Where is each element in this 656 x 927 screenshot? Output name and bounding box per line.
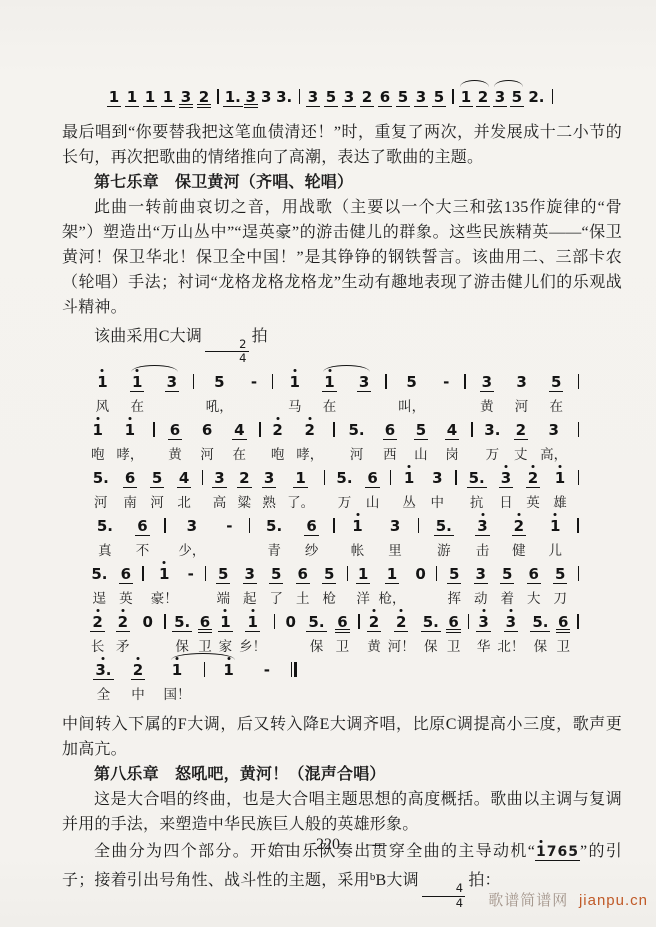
- barline: [272, 374, 274, 389]
- note-cell: 2河！: [388, 613, 415, 654]
- note: 1: [403, 469, 415, 487]
- note-cell: 3少，: [178, 517, 205, 558]
- lyric: 熟: [262, 495, 276, 510]
- note: 1: [96, 373, 108, 391]
- lyric: 家: [219, 639, 233, 654]
- note: 5: [415, 421, 427, 439]
- lyric: 帐: [351, 543, 365, 558]
- note-cell: 6黄: [168, 421, 182, 462]
- lyric: 了。: [287, 495, 314, 510]
- measure: 1豪！-: [145, 565, 204, 606]
- measure: 5.河6西5山4岗: [336, 421, 471, 462]
- note-cell: 3动: [474, 565, 488, 606]
- lyric: 在: [233, 447, 247, 462]
- note-cell: -: [247, 373, 260, 414]
- lyric: 少，: [178, 543, 205, 558]
- note: 1: [323, 373, 335, 391]
- note: 6: [384, 421, 396, 439]
- note-cell: 3熟: [262, 469, 276, 510]
- note: 2: [91, 613, 103, 631]
- lyric: 黄: [168, 447, 182, 462]
- note-cell: 2健: [512, 517, 526, 558]
- note-cell: 5: [433, 88, 446, 106]
- measure: 3.万2丈3高，: [474, 421, 577, 462]
- note: 5.: [348, 421, 366, 439]
- measure: 1风1在3: [82, 373, 192, 414]
- note-cell: 2粱: [238, 469, 252, 510]
- measure: 5叫，-: [388, 373, 463, 414]
- lyric: 哮，: [296, 447, 323, 462]
- note: 1: [222, 661, 234, 679]
- note: 3: [415, 88, 427, 106]
- slur-arc: [460, 80, 489, 87]
- note: 6: [528, 565, 540, 583]
- note: 3: [358, 373, 370, 391]
- note-cell: 1: [459, 88, 472, 106]
- measure: 05.保6卫: [276, 613, 357, 654]
- note-cell: 1: [162, 88, 175, 106]
- note: 1: [124, 421, 136, 439]
- note: 3: [166, 373, 178, 391]
- note: 3: [500, 469, 512, 487]
- note: 2: [238, 469, 250, 487]
- note-cell: 6山: [366, 469, 380, 510]
- lyric: 卫: [198, 639, 212, 654]
- lyric: 河: [200, 447, 214, 462]
- barline: [471, 422, 473, 437]
- note: 2: [368, 613, 380, 631]
- note: 0: [414, 565, 426, 583]
- note-cell: 5叫，: [398, 373, 425, 414]
- note: 2: [271, 421, 283, 439]
- paragraph-modulation: 中间转入下属的F大调，后又转入降E大调齐唱，比原C调提高小三度，歌声更加高亢。: [62, 712, 622, 762]
- note: 3: [260, 88, 272, 106]
- note: 1: [171, 661, 183, 679]
- note: 5: [405, 373, 417, 391]
- note: 3: [515, 373, 527, 391]
- note: 2: [117, 613, 129, 631]
- note: 1: [288, 373, 300, 391]
- music-intro-line: 1111321.333.3532653512352.: [102, 88, 554, 106]
- note: 3: [343, 88, 355, 106]
- lyric: 黄: [367, 639, 381, 654]
- barline: [552, 89, 554, 104]
- note: 0: [142, 613, 154, 631]
- note: 1: [246, 613, 258, 631]
- note: 5: [433, 88, 445, 106]
- lyric: 长: [91, 639, 105, 654]
- note: 6: [366, 469, 378, 487]
- note-cell: 5枪: [323, 565, 337, 606]
- lyric: 里: [388, 543, 402, 558]
- note: 5: [151, 469, 163, 487]
- note: 3: [389, 517, 401, 535]
- page-content: 1111321.333.3532653512352. 最后唱到“你要替我把这笔血…: [62, 88, 622, 910]
- measure: 3.全2中1国！: [82, 661, 203, 702]
- measure: 3华3北！5.保6卫: [470, 613, 576, 654]
- note-cell: 1儿: [549, 517, 563, 558]
- note: 3: [547, 421, 559, 439]
- measure: 35326535: [301, 88, 451, 106]
- measure: 1.333.: [220, 88, 298, 106]
- lyric: 健: [512, 543, 526, 558]
- measure: 5.保6卫1家1乡！: [167, 613, 273, 654]
- lyric: 河: [350, 447, 364, 462]
- note: -: [225, 517, 233, 535]
- note: 3: [476, 517, 488, 535]
- note: 2: [395, 613, 407, 631]
- note-cell: -: [223, 517, 236, 558]
- lyric: 卫: [447, 639, 461, 654]
- note-cell: 6卫: [336, 613, 350, 654]
- note: 1: [549, 517, 561, 535]
- note: 6: [124, 469, 136, 487]
- barline: [578, 422, 580, 437]
- note-cell: 1丛: [402, 469, 416, 510]
- lyric: 纱: [305, 543, 319, 558]
- lyric: 万: [338, 495, 352, 510]
- note-cell: 5.游: [435, 517, 453, 558]
- note-cell: 2中: [131, 661, 145, 702]
- lyric: 英: [119, 591, 133, 606]
- lyric: 中: [431, 495, 445, 510]
- note-cell: 5着: [501, 565, 515, 606]
- lyric: 保: [424, 639, 438, 654]
- paragraph-movement7-description: 此曲一转前曲哀切之音，用战歌（主要以一个大三和弦135作旋律的“骨架”）塑造出“…: [62, 195, 622, 320]
- slur-arc: [323, 365, 370, 372]
- measure: 1咆1哮，: [82, 421, 152, 462]
- note-cell: 2: [361, 88, 374, 106]
- barline-thin: [291, 662, 292, 677]
- note-cell: 6英: [119, 565, 133, 606]
- lyric: 大: [527, 591, 541, 606]
- note-cell: 2长: [91, 613, 105, 654]
- lyric: 击: [476, 543, 490, 558]
- lyric: 北！: [497, 639, 524, 654]
- lyric: 儿: [549, 543, 563, 558]
- note: 5.: [468, 469, 486, 487]
- lyric: 国！: [164, 687, 191, 702]
- note-cell: 6南: [123, 469, 137, 510]
- heading-movement-7: 第七乐章 保卫黄河（齐唱、轮唱）: [62, 170, 622, 195]
- music-score: 1风1在35吼，-1马1在35叫，-3黄3河5在1咆1哮，6黄6河4在2咆2哮，…: [82, 373, 580, 702]
- note: 5: [448, 565, 460, 583]
- note-cell: 6: [379, 88, 392, 106]
- lyric: 哮，: [116, 447, 143, 462]
- barline: [418, 518, 420, 533]
- note-cell: 4岗: [445, 421, 459, 462]
- note-cell: 1: [222, 661, 235, 702]
- note-cell: 0: [284, 613, 297, 654]
- note: 3.: [483, 421, 501, 439]
- note-cell: 3: [493, 88, 506, 106]
- lyric: 日: [499, 495, 513, 510]
- note: 1: [357, 565, 369, 583]
- lyric: 挥: [448, 591, 462, 606]
- barline: [193, 374, 195, 389]
- note: 3: [307, 88, 319, 106]
- barline: [468, 614, 470, 629]
- measure: 5.真6不: [82, 517, 163, 558]
- note-cell: 1雄: [553, 469, 567, 510]
- note-cell: 5.保: [422, 613, 440, 654]
- note: 6: [336, 613, 348, 631]
- note: 5: [554, 565, 566, 583]
- note-cell: 5.逞: [90, 565, 108, 606]
- note-cell: 6卫: [556, 613, 570, 654]
- note-cell: 1在: [323, 373, 337, 414]
- barline: [390, 470, 392, 485]
- note-cell: 3起: [243, 565, 257, 606]
- music-line: 5.真6不3少，-5.青6纱1帐3里5.游3击2健1儿: [82, 517, 580, 558]
- note-cell: -: [184, 565, 197, 606]
- note: 2: [477, 88, 489, 106]
- page-number: 220: [316, 836, 340, 854]
- note-cell: 5端: [217, 565, 231, 606]
- music-line: 1风1在35吼，-1马1在35叫，-3黄3河5在: [82, 373, 580, 414]
- barline: [205, 566, 207, 581]
- note-cell: 3北！: [497, 613, 524, 654]
- note: 5: [323, 565, 335, 583]
- heading-movement-8: 第八乐章 怒吼吧，黄河！（混声合唱）: [62, 762, 622, 787]
- note: 5: [213, 373, 225, 391]
- watermark-site-url: jianpu.cn: [579, 892, 648, 909]
- note: 2: [515, 421, 527, 439]
- note-cell: 5河: [150, 469, 164, 510]
- note: 5.: [265, 517, 283, 535]
- barline: [202, 470, 204, 485]
- measure: 5.抗3日2英1雄: [458, 469, 577, 510]
- note: 4: [178, 469, 190, 487]
- note: 1.: [224, 88, 242, 106]
- note-cell: 3: [358, 373, 371, 414]
- note: 2: [527, 469, 539, 487]
- note-cell: 5了: [270, 565, 284, 606]
- note-cell: 1帐: [351, 517, 365, 558]
- note: 0: [285, 613, 297, 631]
- note-cell: 3华: [477, 613, 491, 654]
- measure: 2长2矛0: [82, 613, 163, 654]
- lyric: 黄: [480, 399, 494, 414]
- note: 6: [120, 565, 132, 583]
- note-cell: 6大: [527, 565, 541, 606]
- note-cell: 3: [244, 88, 257, 106]
- barline: [333, 518, 335, 533]
- note: 3: [263, 469, 275, 487]
- note-cell: 1风: [96, 373, 110, 414]
- note-cell: 2: [476, 88, 489, 106]
- note-cell: 3: [307, 88, 320, 106]
- note-cell: 1枪，: [378, 565, 405, 606]
- note-cell: 2黄: [367, 613, 381, 654]
- note: 5.: [435, 517, 453, 535]
- measure: 3高2粱3熟1了。: [204, 469, 323, 510]
- lyric: 全: [97, 687, 111, 702]
- measure: 1马1在3: [274, 373, 384, 414]
- lyric: 卫: [336, 639, 350, 654]
- lyric: 粱: [238, 495, 252, 510]
- note-cell: 3里: [388, 517, 402, 558]
- lyric: 北: [177, 495, 191, 510]
- barline: [578, 374, 580, 389]
- measure: 5.青6纱: [251, 517, 332, 558]
- note-cell: 3.全: [94, 661, 112, 702]
- note: 6: [201, 421, 213, 439]
- note-cell: 1: [126, 88, 139, 106]
- lyric: 在: [130, 399, 144, 414]
- note-cell: 6卫: [447, 613, 461, 654]
- paragraph-movement8-description: 这是大合唱的终曲，也是大合唱主题思想的高度概括。歌曲以主调与复调并用的手法，来塑…: [62, 787, 622, 837]
- note: 3: [475, 565, 487, 583]
- barline: [436, 566, 438, 581]
- lyric: 矛: [116, 639, 130, 654]
- lyric: 枪，: [378, 591, 405, 606]
- note: -: [250, 373, 258, 391]
- note: 3: [244, 565, 256, 583]
- note-cell: 5挥: [448, 565, 462, 606]
- measure: 3少，-: [167, 517, 248, 558]
- lyric: 咆: [91, 447, 105, 462]
- note-cell: 1哮，: [116, 421, 143, 462]
- barline: [578, 566, 580, 581]
- note-cell: 2哮，: [296, 421, 323, 462]
- lyric: 保: [310, 639, 324, 654]
- note-cell: 2: [198, 88, 211, 106]
- note: 1: [91, 421, 103, 439]
- note-cell: 1豪！: [151, 565, 178, 606]
- lyric: 豪！: [151, 591, 178, 606]
- note: 5.: [92, 469, 110, 487]
- note-cell: 2.: [527, 88, 545, 106]
- note-cell: 5.河: [348, 421, 366, 462]
- measure: 1帐3里: [336, 517, 417, 558]
- barline: [164, 614, 166, 629]
- note: 1: [126, 88, 138, 106]
- lyric: 山: [366, 495, 380, 510]
- note: 1: [144, 88, 156, 106]
- note: 2: [304, 421, 316, 439]
- note-cell: 3高: [213, 469, 227, 510]
- lyric: 英: [526, 495, 540, 510]
- note-cell: 5.真: [96, 517, 114, 558]
- barline-thick: [294, 662, 297, 677]
- note: 3.: [275, 88, 293, 106]
- note: 6: [136, 517, 148, 535]
- flat-sign: b: [370, 871, 376, 883]
- measure: 5端3起5了6土5枪: [207, 565, 346, 606]
- note: 2.: [527, 88, 545, 106]
- note-cell: 6西: [383, 421, 397, 462]
- barline: [385, 374, 387, 389]
- time-signature: 44: [422, 882, 466, 909]
- note: 6: [199, 613, 211, 631]
- lyric: 着: [501, 591, 515, 606]
- note-cell: -: [260, 661, 273, 702]
- lyric: 中: [131, 687, 145, 702]
- note: 6: [379, 88, 391, 106]
- note-cell: 1国！: [164, 661, 191, 702]
- lyric: 起: [243, 591, 257, 606]
- lyric: 真: [98, 543, 112, 558]
- lyric: 抗: [470, 495, 484, 510]
- note-cell: 6纱: [305, 517, 319, 558]
- lyric: 丛: [402, 495, 416, 510]
- note: -: [263, 661, 271, 679]
- note-cell: 3击: [476, 517, 490, 558]
- slur-arc: [171, 653, 235, 660]
- note: 1: [554, 469, 566, 487]
- measure: 6黄6河4在: [156, 421, 259, 462]
- note-cell: 1咆: [91, 421, 105, 462]
- note-cell: 2英: [526, 469, 540, 510]
- note: 3: [494, 88, 506, 106]
- measure: 2咆2哮，: [262, 421, 332, 462]
- barline: [142, 566, 144, 581]
- music-line: 2长2矛05.保6卫1家1乡！05.保6卫2黄2河！5.保6卫3华3北！5.保6…: [82, 613, 580, 654]
- note: 2: [198, 88, 210, 106]
- paragraph-key-signature: 该曲采用C大调24拍: [62, 324, 622, 365]
- lyric: 高: [213, 495, 227, 510]
- note-cell: 3高，: [540, 421, 567, 462]
- barline: [204, 662, 206, 677]
- note-cell: 5.保: [173, 613, 191, 654]
- note: 1: [131, 373, 143, 391]
- lyric: 万: [486, 447, 500, 462]
- note: 3: [245, 88, 257, 106]
- note-cell: 3: [260, 88, 273, 106]
- final-barline: [291, 662, 297, 677]
- measure: 12352.: [455, 88, 551, 106]
- note-cell: 1: [144, 88, 157, 106]
- time-signature: 24: [205, 338, 249, 365]
- note-cell: 3河: [515, 373, 529, 414]
- music-line: 5.逞6英1豪！-5端3起5了6土5枪1洋1枪，05挥3动5着6大5刀: [82, 565, 580, 606]
- note-cell: 5: [325, 88, 338, 106]
- lyric: 在: [549, 399, 563, 414]
- note-cell: 3: [180, 88, 193, 106]
- note: 1: [219, 613, 231, 631]
- note-cell: 3中: [431, 469, 445, 510]
- lyric: 在: [323, 399, 337, 414]
- note: 3: [505, 613, 517, 631]
- page-footer: — 220 —: [0, 836, 656, 854]
- music-line: 1111321.333.3532653512352.: [102, 88, 554, 106]
- note: 5: [325, 88, 337, 106]
- note: 1: [108, 88, 120, 106]
- measure: 5吼，-: [195, 373, 270, 414]
- note-cell: 3.万: [483, 421, 501, 462]
- note-cell: 2咆: [271, 421, 285, 462]
- lyric: 了: [270, 591, 284, 606]
- music-line: 1咆1哮，6黄6河4在2咆2哮，5.河6西5山4岗3.万2丈3高，: [82, 421, 580, 462]
- lyric: 西: [383, 447, 397, 462]
- note: 6: [305, 517, 317, 535]
- barline: [164, 518, 166, 533]
- lyric: 风: [96, 399, 110, 414]
- note-cell: 3: [165, 373, 178, 414]
- lyric: 叫，: [398, 399, 425, 414]
- measure: 1洋1枪，0: [349, 565, 435, 606]
- note-cell: 1了。: [287, 469, 314, 510]
- measure: 1-: [206, 661, 289, 702]
- note-cell: 4在: [233, 421, 247, 462]
- barline: [577, 614, 579, 629]
- note: 5: [217, 565, 229, 583]
- note: 5.: [307, 613, 325, 631]
- barline: [347, 566, 349, 581]
- note-cell: 1马: [288, 373, 302, 414]
- note: 5.: [90, 565, 108, 583]
